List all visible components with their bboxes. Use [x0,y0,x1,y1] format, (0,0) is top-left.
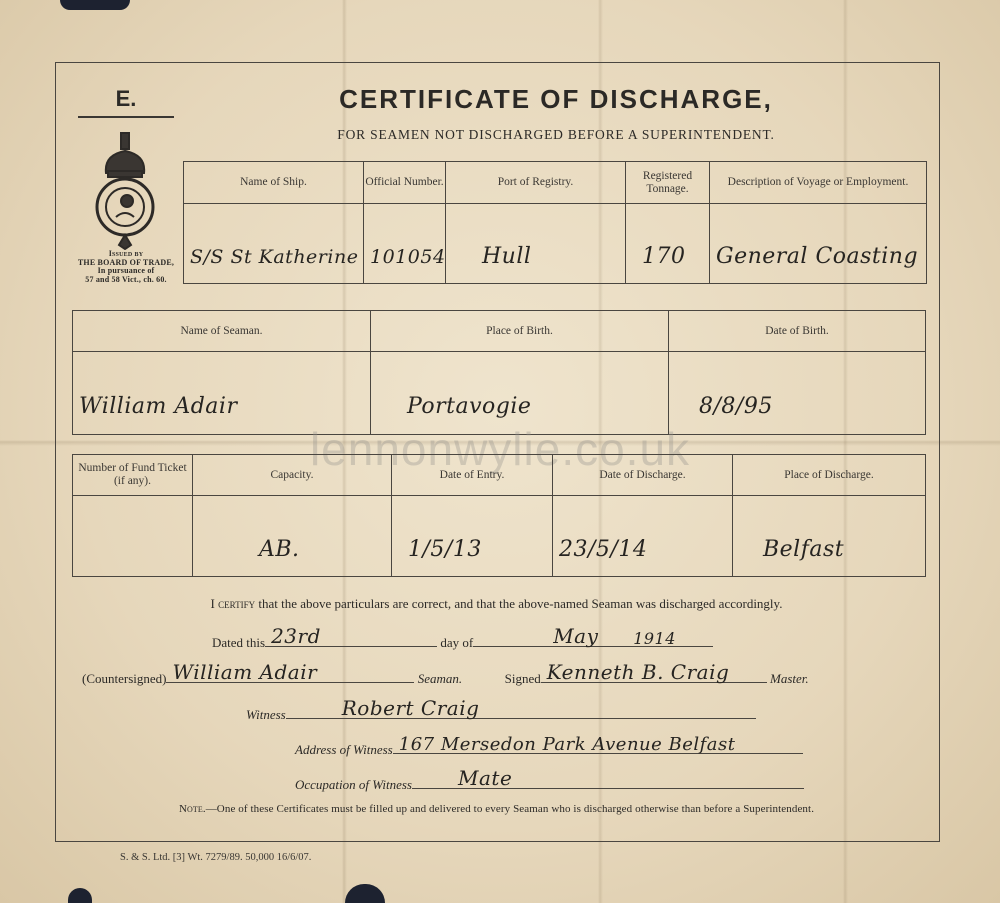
day-value: 23rd [271,624,321,648]
header-official-number: Official Number. [364,162,446,204]
registered-tonnage-value: 170 [626,218,709,269]
issuer-line-4: 57 and 58 Vict., ch. 60. [66,276,186,285]
form-series-letter: E. [78,86,174,112]
place-of-discharge-value: Belfast [733,511,925,562]
seaman-name-value: William Adair [73,368,370,419]
address-line: Address of Witness167 Mersedon Park Aven… [295,737,803,758]
date-of-discharge-value: 23/5/14 [553,511,732,562]
header-date-of-discharge: Date of Discharge. [553,455,733,496]
signed-label: Signed [505,671,541,686]
seaman-signature: William Adair [172,660,317,684]
occupation-value: Mate [458,766,512,790]
witness-value: Robert Craig [342,696,480,720]
note-text: —One of these Certificates must be fille… [206,803,814,815]
printer-imprint: S. & S. Ltd. [3] Wt. 7279/89. 50,000 16/… [120,852,311,863]
dated-line: Dated this23rd day ofMay1914 [212,630,713,651]
witness-line: WitnessRobert Craig [246,702,756,723]
date-of-birth-value: 8/8/95 [669,368,925,419]
dated-label: Dated this [212,635,265,650]
fund-ticket-value [73,523,192,549]
header-name-of-ship: Name of Ship. [184,162,364,204]
header-place-of-birth: Place of Birth. [371,311,669,352]
note-lead: Note. [179,803,206,815]
certificate-subtitle: FOR SEAMEN NOT DISCHARGED BEFORE A SUPER… [186,127,926,143]
header-registered-tonnage: Registered Tonnage. [626,162,710,204]
header-port-of-registry: Port of Registry. [446,162,626,204]
official-number-value: 101054 [364,220,445,268]
month-value: May [553,624,598,648]
certification-statement: I certify that the above particulars are… [55,596,938,612]
address-label: Address of Witness [295,742,393,757]
certify-lead: I certify [211,596,256,611]
seaman-label: Seaman. [418,671,462,686]
occupation-label: Occupation of Witness [295,777,412,792]
header-voyage-description: Description of Voyage or Employment. [710,162,927,204]
capacity-value: AB. [193,511,391,562]
certificate-title: CERTIFICATE OF DISCHARGE, [186,84,926,115]
voyage-description-value: General Coasting [710,218,926,269]
header-name-of-seaman: Name of Seaman. [73,311,371,352]
port-of-registry-value: Hull [446,218,625,269]
witness-label: Witness [246,707,286,722]
master-signature: Kenneth B. Craig [547,660,730,684]
day-of-label: day of [440,635,473,650]
board-of-trade-crest-icon [92,125,158,250]
ship-details-table: Name of Ship. Official Number. Port of R… [183,161,927,284]
header-capacity: Capacity. [193,455,392,496]
issuer-statement: Issued by THE BOARD OF TRADE, In pursuan… [66,250,186,284]
countersigned-line: (Countersigned)William Adair Seaman. Sig… [82,666,809,687]
header-date-of-birth: Date of Birth. [669,311,926,352]
seaman-details-table: Name of Seaman. Place of Birth. Date of … [72,310,926,435]
occupation-line: Occupation of WitnessMate [295,772,804,793]
header-fund-ticket-number: Number of Fund Ticket (if any). [73,455,193,496]
date-of-entry-value: 1/5/13 [392,511,552,562]
footnote: Note.—One of these Certificates must be … [55,803,938,815]
discharge-details-table: Number of Fund Ticket (if any). Capacity… [72,454,926,577]
address-value: 167 Mersedon Park Avenue Belfast [399,734,736,755]
header-date-of-entry: Date of Entry. [392,455,553,496]
header-place-of-discharge: Place of Discharge. [733,455,926,496]
year-value: 1914 [633,629,676,648]
master-label: Master. [770,671,809,686]
divider [78,116,174,118]
place-of-birth-value: Portavogie [371,368,668,419]
torn-corner-top [60,0,130,10]
countersigned-label: (Countersigned) [82,671,166,686]
certify-text: that the above particulars are correct, … [255,596,782,611]
ship-name-value: S/S St Katherine [184,220,363,268]
